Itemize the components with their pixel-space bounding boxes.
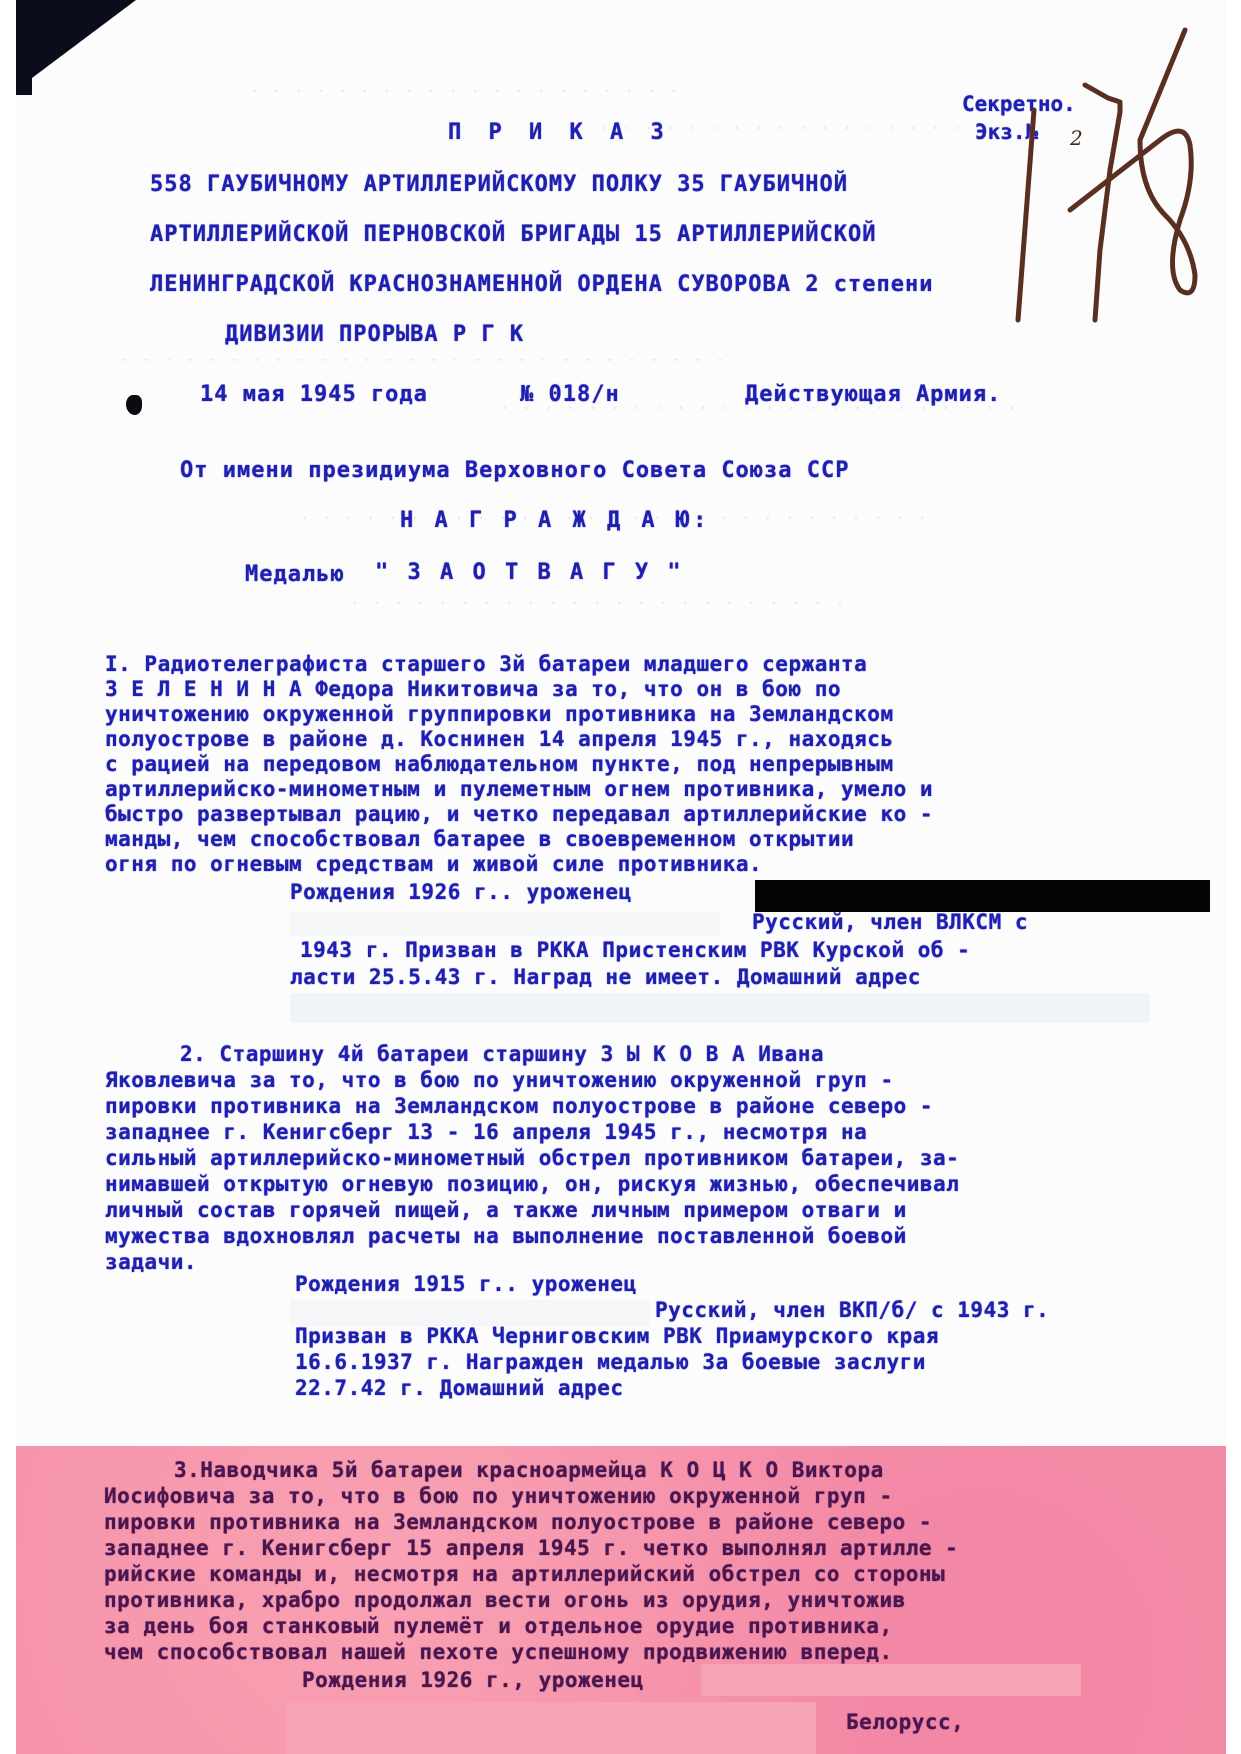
medal-prefix: Медалью [245,562,345,587]
bio-line: Рождения 1915 г.. уроженец [295,1272,637,1296]
bio-line: Призван в РККА Черниговским РВК Приамурс… [295,1324,939,1348]
entry-line: Иосифовича за то, что в бою по уничтожен… [104,1484,893,1508]
header-line: ЛЕНИНГРАДСКОЙ КРАСНОЗНАМЕННОЙ ОРДЕНА СУВ… [150,272,933,297]
entry-line: полуострове в районе д. Коснинен 14 апре… [105,727,894,751]
bleed-through-text: . . . . . . . . . . . . . . . . . . . . … [350,590,846,608]
entry-line: артиллерийско-минометным и пулеметным ог… [105,777,933,801]
bio-line: 1943 г. Призван в РККА Пристенским РВК К… [300,938,970,962]
entry-line: противника, храбро продолжал вести огонь… [104,1588,906,1612]
entry-line: мужества вдохновлял расчеты на выполнени… [105,1224,907,1248]
entry-line: за день боя станковый пулемёт и отдельно… [104,1614,893,1638]
entry-line: манды, чем способствовал батарее в своев… [105,827,854,851]
header-line: АРТИЛЛЕРИЙСКОЙ ПЕРНОВСКОЙ БРИГАДЫ 15 АРТ… [150,222,877,247]
header-line: 558 ГАУБИЧНОМУ АРТИЛЛЕРИЙСКОМУ ПОЛКУ 35 … [150,172,848,197]
bio-line: 16.6.1937 г. Награжден медалью За боевые… [295,1350,926,1374]
bio-line: Рождения 1926 г.. уроженец [290,880,632,904]
award-verb: Н А Г Р А Ж Д А Ю: [400,508,710,533]
entry-line: быстро развертывал рацию, и четко переда… [105,802,933,826]
entry-line: западнее г. Кенигсберг 15 апреля 1945 г.… [104,1536,958,1560]
order-date: 14 мая 1945 года [200,382,428,407]
entry-line: огня по огневым средствам и живой силе п… [105,852,762,876]
redacted-birthplace [701,1664,1081,1696]
order-location: Действующая Армия. [745,382,1001,407]
header-line: ДИВИЗИИ ПРОРЫВА Р Г К [225,322,524,347]
folded-corner [16,0,136,90]
entry-line: пировки противника на Земландском полуос… [105,1094,933,1118]
redacted-birthplace [755,880,1210,912]
entry-line: западнее г. Кенигсберг 13 - 16 апреля 19… [105,1120,867,1144]
entry-line: рийские команды и, несмотря на артиллери… [104,1562,945,1586]
bio-line: Белорусс, [846,1710,964,1734]
entry-line: личный состав горячей пищей, а также лич… [105,1198,907,1222]
redacted-address [290,993,1150,1023]
scan-margin [0,0,16,1754]
redacted-field [290,1300,650,1326]
highlighted-entry-band: 3.Наводчика 5й батареи красноармейца К О… [16,1446,1226,1754]
redacted-field [290,912,720,936]
ink-blot [126,395,142,415]
bleed-through-text: - - - - - - - - - - - - - - - - - - - - … [120,350,727,368]
entry-line: с рацией на передовом наблюдательном пун… [105,752,894,776]
bio-line: ласти 25.5.43 г. Наград не имеет. Домашн… [290,965,921,989]
entry-line: З Е Л Е Н И Н А Федора Никитовича за то,… [105,677,841,701]
entry-line: 3.Наводчика 5й батареи красноармейца К О… [174,1458,884,1482]
handwritten-sheet-number [990,20,1220,350]
entry-line: чем способствовал нашей пехоте успешному… [104,1640,893,1664]
entry-line: пировки противника на Земландском полуос… [104,1510,932,1534]
entry-line: задачи. [105,1250,197,1274]
medal-name: " З А О Т В А Г У " [375,560,684,585]
entry-line: 2. Старшину 4й батареи старшину З Ы К О … [180,1042,824,1066]
entry-line: сильный артиллерийско-минометный обстрел… [105,1146,959,1170]
bio-line: 22.7.42 г. Домашний адрес [295,1376,624,1400]
bleed-through-text: . . . . . . . . . . . . . . . . . . . . [250,78,680,96]
entry-line: нимавшей открытую огневую позицию, он, р… [105,1172,959,1196]
bio-line: Русский, член ВЛКСМ с [752,910,1028,934]
authority-line: От имени президиума Верховного Совета Со… [180,458,850,483]
bio-line: Рождения 1926 г., уроженец [302,1668,644,1692]
redacted-field [286,1702,816,1754]
bio-line: Русский, член ВКП/б/ с 1943 г. [655,1298,1049,1322]
entry-line: I. Радиотелеграфиста старшего 3й батареи… [105,652,867,676]
document-title: П Р И К А З [448,120,671,145]
entry-line: уничтожению окруженной группировки проти… [105,702,894,726]
order-number: № 018/н [520,382,620,407]
folded-corner-edge [16,0,32,95]
entry-line: Яковлевича за то, что в бою по уничтожен… [105,1068,894,1092]
